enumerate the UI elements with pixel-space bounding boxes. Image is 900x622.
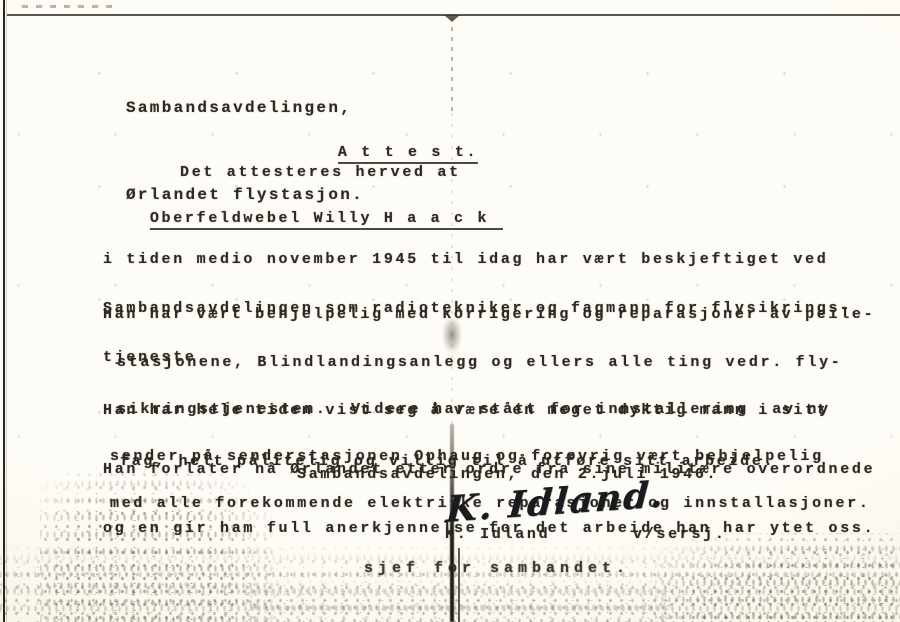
document-title: A t t e s t. [338,144,478,164]
typed-signature-rank: v/sersj. [633,527,727,543]
scan-noise-bottom-mid [250,575,670,622]
scan-left-edge-line [3,0,5,622]
signature-role: sjef for sambandet. [364,561,630,577]
fold-crease-upper [451,17,453,113]
body-line: Han har hele tiden vist seg å være en me… [103,402,829,419]
scan-left-edge-shadow [6,0,7,622]
intro-line: Det attesteres herved at [180,165,461,181]
letterhead-unit: Sambandsavdelingen, [126,94,364,123]
body-line: Han har vært behjelpelig med korrigering… [103,307,875,323]
body-line: i tiden medio november 1945 til idag har… [103,252,852,268]
scanned-document: Sambandsavdelingen, Ørlandet flystasjon.… [0,0,900,622]
scan-top-left-marks [22,5,117,8]
typed-signature-name: K. Idland [445,527,550,543]
